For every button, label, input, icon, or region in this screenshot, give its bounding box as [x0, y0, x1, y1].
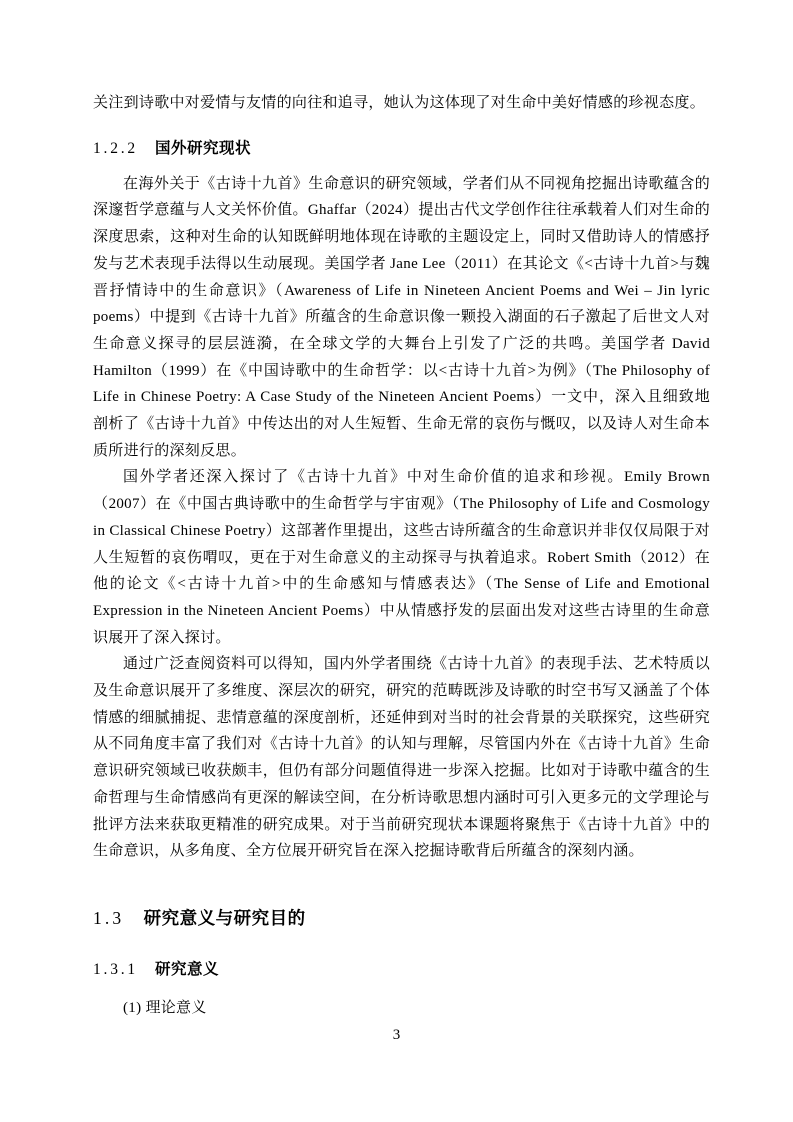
paragraph-overseas-research-2: 国外学者还深入探讨了《古诗十九首》中对生命价值的追求和珍视。Emily Brow…: [93, 464, 710, 651]
heading-1-3-number: 1.3: [93, 908, 124, 928]
heading-1-3-1: 1.3.1研究意义: [93, 957, 710, 979]
paragraph-overseas-research-1: 在海外关于《古诗十九首》生命意识的研究领域，学者们从不同视角挖掘出诗歌蕴含的深邃…: [93, 171, 710, 465]
heading-1-3-1-number: 1.3.1: [93, 961, 138, 978]
page-footer: 3: [0, 1026, 793, 1044]
heading-1-3: 1.3研究意义与研究目的: [93, 905, 710, 930]
heading-1-2-2-title: 国外研究现状: [155, 139, 251, 157]
heading-1-2-2: 1.2.2国外研究现状: [93, 136, 710, 158]
paragraph-research-summary: 通过广泛查阅资料可以得知，国内外学者围绕《古诗十九首》的表现手法、艺术特质以及生…: [93, 651, 710, 865]
heading-1-3-title: 研究意义与研究目的: [144, 909, 306, 929]
page-number: 3: [393, 1027, 401, 1043]
document-page: 关注到诗歌中对爱情与友情的向往和追寻，她认为这体现了对生命中美好情感的珍视态度。…: [0, 0, 793, 1122]
continuation-paragraph: 关注到诗歌中对爱情与友情的向往和追寻，她认为这体现了对生命中美好情感的珍视态度。: [93, 90, 710, 117]
heading-1-3-1-title: 研究意义: [155, 960, 219, 978]
heading-1-2-2-number: 1.2.2: [93, 140, 138, 157]
list-item-theoretical-significance: (1) 理论意义: [93, 995, 710, 1022]
